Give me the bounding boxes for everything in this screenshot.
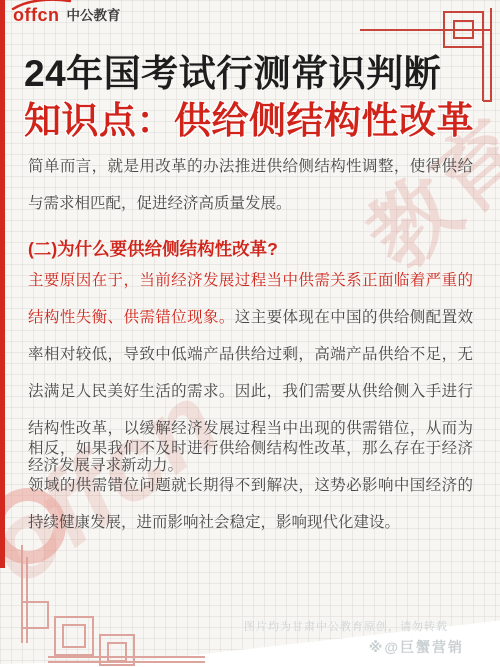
intro-paragraph: 简单而言，就是用改革的办法推进供给侧结构性调整，使得供给与需求相匹配，促进经济高… [28,148,473,222]
credit-watermark-text: 图片均为甘肃中公教育原创，请勿转载 [244,618,448,634]
logo-swoosh-icon [11,0,73,10]
left-edge-red-strip [0,0,5,568]
offcn-logo: offcn 中公教育 [13,6,121,24]
consequence-paragraph: 相反，如果我们不及时进行供给侧结构性改革，那么存在于经济领域的供需错位问题就长期… [28,430,473,541]
poster-title: 24年国考试行测常识判断 知识点：供给侧结构性改革 [24,50,474,144]
title-line2: 知识点：供给侧结构性改革 [24,97,474,144]
offcn-logo-wordmark: offcn [13,6,60,24]
poster-root: { "brand": { "logo_text": "offcn", "logo… [0,0,500,667]
logo-chinese-name: 中公教育 [67,9,121,24]
bottom-left-squares-ornament [0,545,230,667]
social-watermark-text: ※@巨蟹营销 [369,637,464,657]
title-line1: 24年国考试行测常识判断 [24,50,474,97]
section-heading: (二)为什么要供给侧结构性改革? [28,236,278,261]
